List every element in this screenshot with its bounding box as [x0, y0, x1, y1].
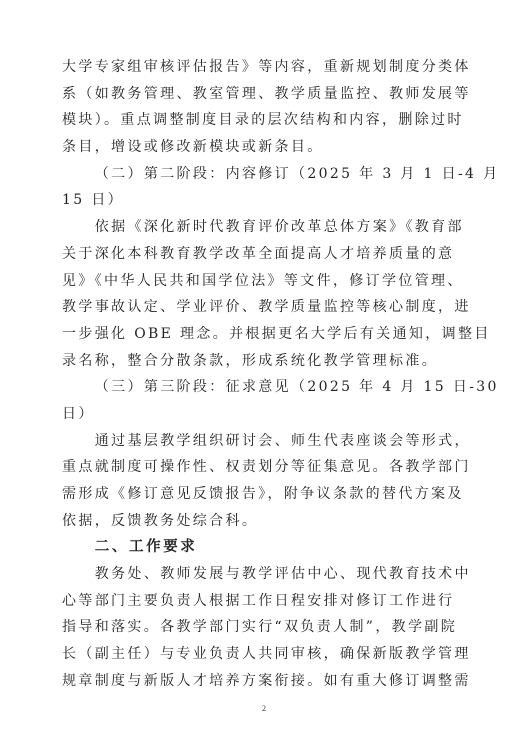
- paragraph-line: 一步强化 OBE 理念。并根据更名大学后有关通知，调整目: [62, 321, 462, 348]
- paragraph-line: 条目，增设或修改新模块或新条目。: [62, 134, 462, 161]
- paragraph-line: 指导和落实。各教学部门实行“双负责人制”，教学副院: [62, 614, 462, 641]
- document-body: 大学专家组审核评估报告》等内容，重新规划制度分类体 系（如教务管理、教室管理、教…: [62, 54, 462, 695]
- subsection-heading-stage-2: （二）第二阶段：内容修订（2025 年 3 月 1 日-4 月: [62, 161, 462, 188]
- paragraph-line: 见》《中华人民共和国学位法》等文件，修订学位管理、: [62, 268, 462, 295]
- paragraph-line: 大学专家组审核评估报告》等内容，重新规划制度分类体: [62, 54, 462, 81]
- document-page: 大学专家组审核评估报告》等内容，重新规划制度分类体 系（如教务管理、教室管理、教…: [0, 0, 528, 748]
- paragraph-line: 规章制度与新版人才培养方案衔接。如有重大修订调整需: [62, 668, 462, 695]
- paragraph-line: 重点就制度可操作性、权责划分等征集意见。各教学部门: [62, 454, 462, 481]
- paragraph-line: 系（如教务管理、教室管理、教学质量监控、教师发展等: [62, 81, 462, 108]
- page-number: 2: [258, 704, 270, 713]
- paragraph-line: 长（副主任）与专业负责人共同审核，确保新版教学管理: [62, 641, 462, 668]
- subsection-heading-stage-3-cont: 日）: [62, 401, 462, 428]
- paragraph-line: 关于深化本科教育教学改革全面提高人才培养质量的意: [62, 241, 462, 268]
- paragraph-line: 依据《深化新时代教育评价改革总体方案》《教育部: [62, 214, 462, 241]
- paragraph-line: 教学事故认定、学业评价、教学质量监控等核心制度，进: [62, 294, 462, 321]
- paragraph-line: 通过基层教学组织研讨会、师生代表座谈会等形式，: [62, 428, 462, 455]
- paragraph-line: 需形成《修订意见反馈报告》，附争议条款的替代方案及: [62, 481, 462, 508]
- paragraph-line: 录名称，整合分散条款，形成系统化教学管理标准。: [62, 348, 462, 375]
- section-heading-work-requirements: 二、工作要求: [62, 534, 462, 561]
- paragraph-line: 依据，反馈教务处综合科。: [62, 508, 462, 535]
- subsection-heading-stage-3: （三）第三阶段：征求意见（2025 年 4 月 15 日-30: [62, 374, 462, 401]
- paragraph-line: 教务处、教师发展与教学评估中心、现代教育技术中: [62, 561, 462, 588]
- paragraph-line: 模块）。重点调整制度目录的层次结构和内容，删除过时: [62, 107, 462, 134]
- paragraph-line: 心等部门主要负责人根据工作日程安排对修订工作进行: [62, 588, 462, 615]
- subsection-heading-stage-2-cont: 15 日）: [62, 187, 462, 214]
